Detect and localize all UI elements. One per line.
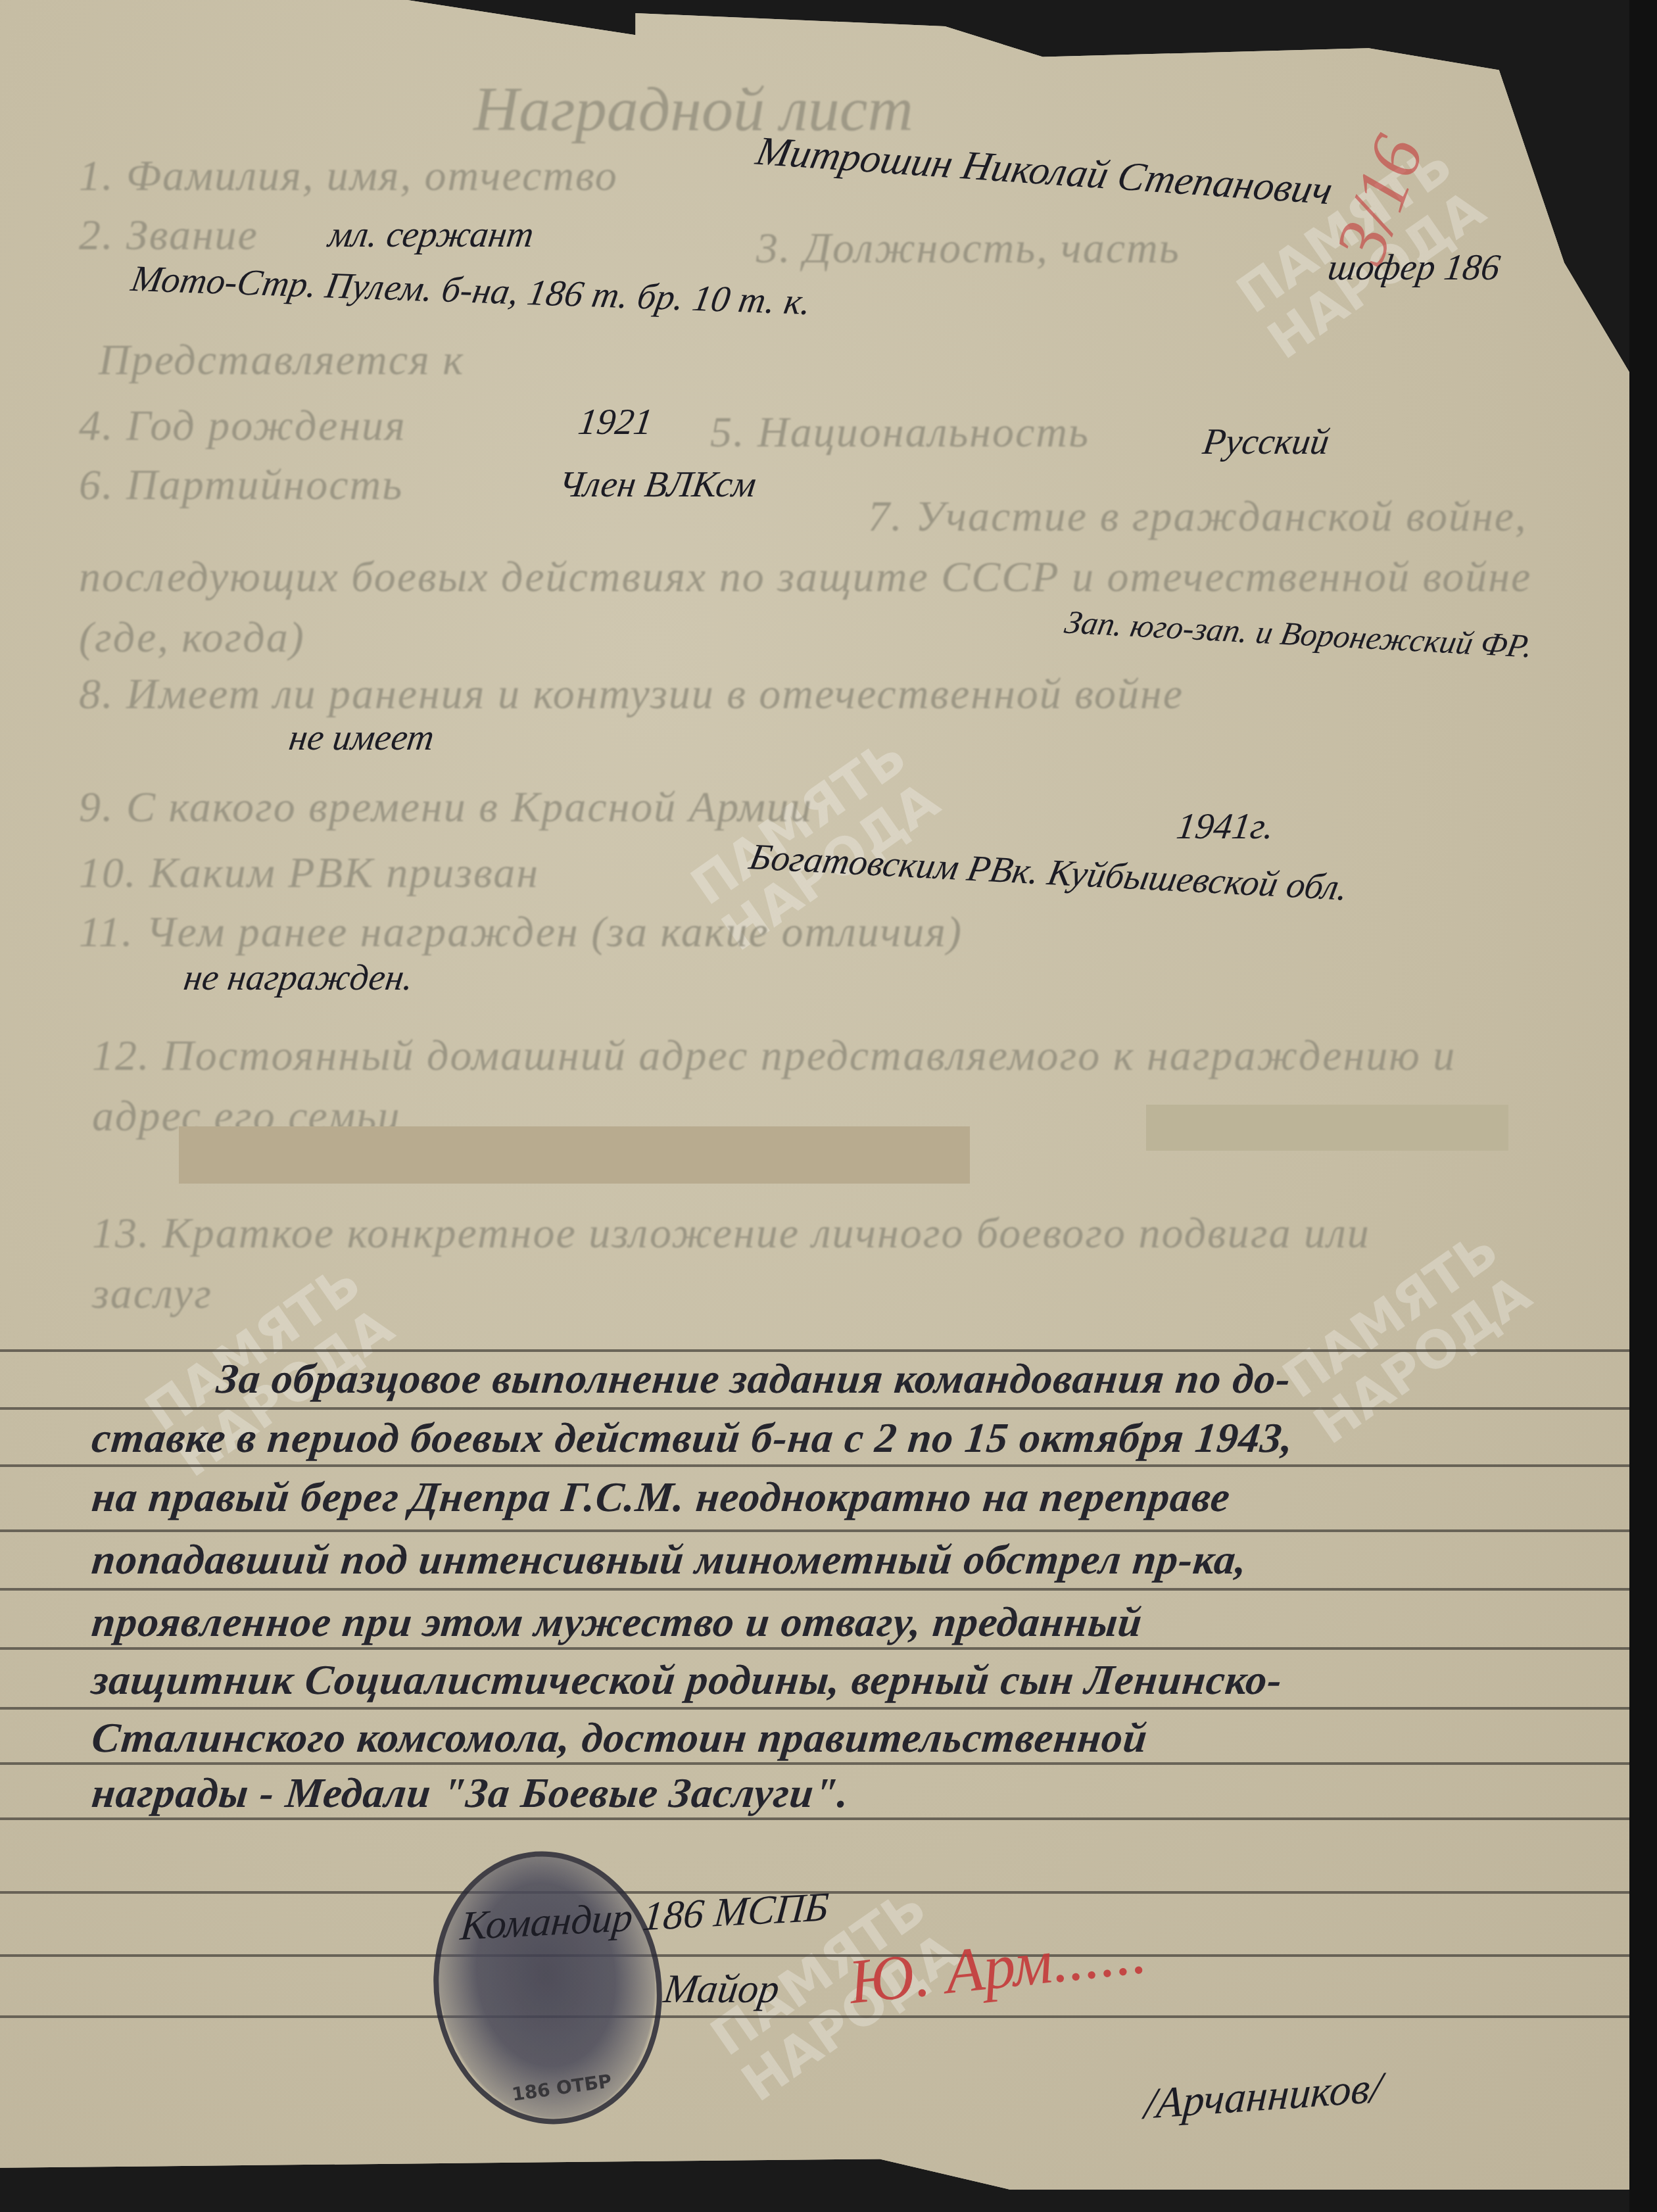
ruled-line bbox=[0, 1762, 1629, 1765]
field-label: 2. Звание bbox=[79, 210, 258, 260]
narrative-line: ставке в период боевых действий б-на с 2… bbox=[89, 1414, 1296, 1462]
field-label: 13. Краткое конкретное изложение личного… bbox=[92, 1203, 1374, 1324]
field-value-previous-awards: не награжден. bbox=[181, 957, 416, 999]
ruled-line bbox=[0, 1817, 1629, 1820]
field-label: Представляется к bbox=[99, 335, 464, 385]
field-label: 8. Имеет ли ранения и контузии в отечест… bbox=[79, 664, 1525, 725]
field-label: 4. Год рождения bbox=[79, 401, 406, 451]
redacted-address bbox=[179, 1126, 970, 1184]
scan-border bbox=[1629, 0, 1657, 2212]
redacted-address bbox=[1146, 1105, 1508, 1151]
ruled-line bbox=[0, 1707, 1629, 1710]
ruled-line bbox=[0, 2015, 1629, 2018]
field-value-nationality: Русский bbox=[1201, 421, 1332, 463]
ruled-line bbox=[0, 1349, 1629, 1352]
field-value-army-since-year: 1941г. bbox=[1174, 805, 1277, 848]
narrative-line: защитник Социалистической родины, верный… bbox=[89, 1656, 1285, 1704]
narrative-line: на правый берег Днепра Г.С.М. неоднократ… bbox=[89, 1473, 1233, 1522]
signer-rank: Майор bbox=[661, 1966, 782, 2013]
field-label: 9. С какого времени в Красной Армии bbox=[79, 782, 813, 832]
ruled-line bbox=[0, 1588, 1629, 1591]
field-label: 3. Должность, часть bbox=[756, 224, 1180, 274]
field-value-position: шофер 186 bbox=[1326, 247, 1503, 289]
field-value-birth-year: 1921 bbox=[576, 401, 656, 443]
narrative-line: награды - Медали "За Боевые Заслуги". bbox=[89, 1769, 852, 1817]
field-value-wounds: не имеет bbox=[287, 717, 437, 759]
ruled-line bbox=[0, 1954, 1629, 1957]
field-value-rank: мл. сержант bbox=[326, 214, 537, 256]
field-label: 1. Фамилия, имя, отчество bbox=[79, 151, 618, 201]
field-label: 11. Чем ранее награжден (за какие отличи… bbox=[79, 907, 963, 957]
field-label: 5. Национальность bbox=[710, 408, 1090, 458]
field-label: 10. Каким РВК призван bbox=[79, 848, 539, 898]
narrative-line: Сталинского комсомола, достоин правитель… bbox=[89, 1714, 1150, 1762]
narrative-line: проявленное при этом мужество и отвагу, … bbox=[89, 1598, 1145, 1647]
ruled-line bbox=[0, 1529, 1629, 1532]
narrative-line: попадавший под интенсивный минометный об… bbox=[89, 1535, 1249, 1584]
narrative-line: За образцовое выполнение задания командо… bbox=[214, 1355, 1293, 1403]
ruled-line bbox=[0, 1647, 1629, 1650]
ruled-line bbox=[0, 1464, 1629, 1467]
ruled-line bbox=[0, 1407, 1629, 1410]
